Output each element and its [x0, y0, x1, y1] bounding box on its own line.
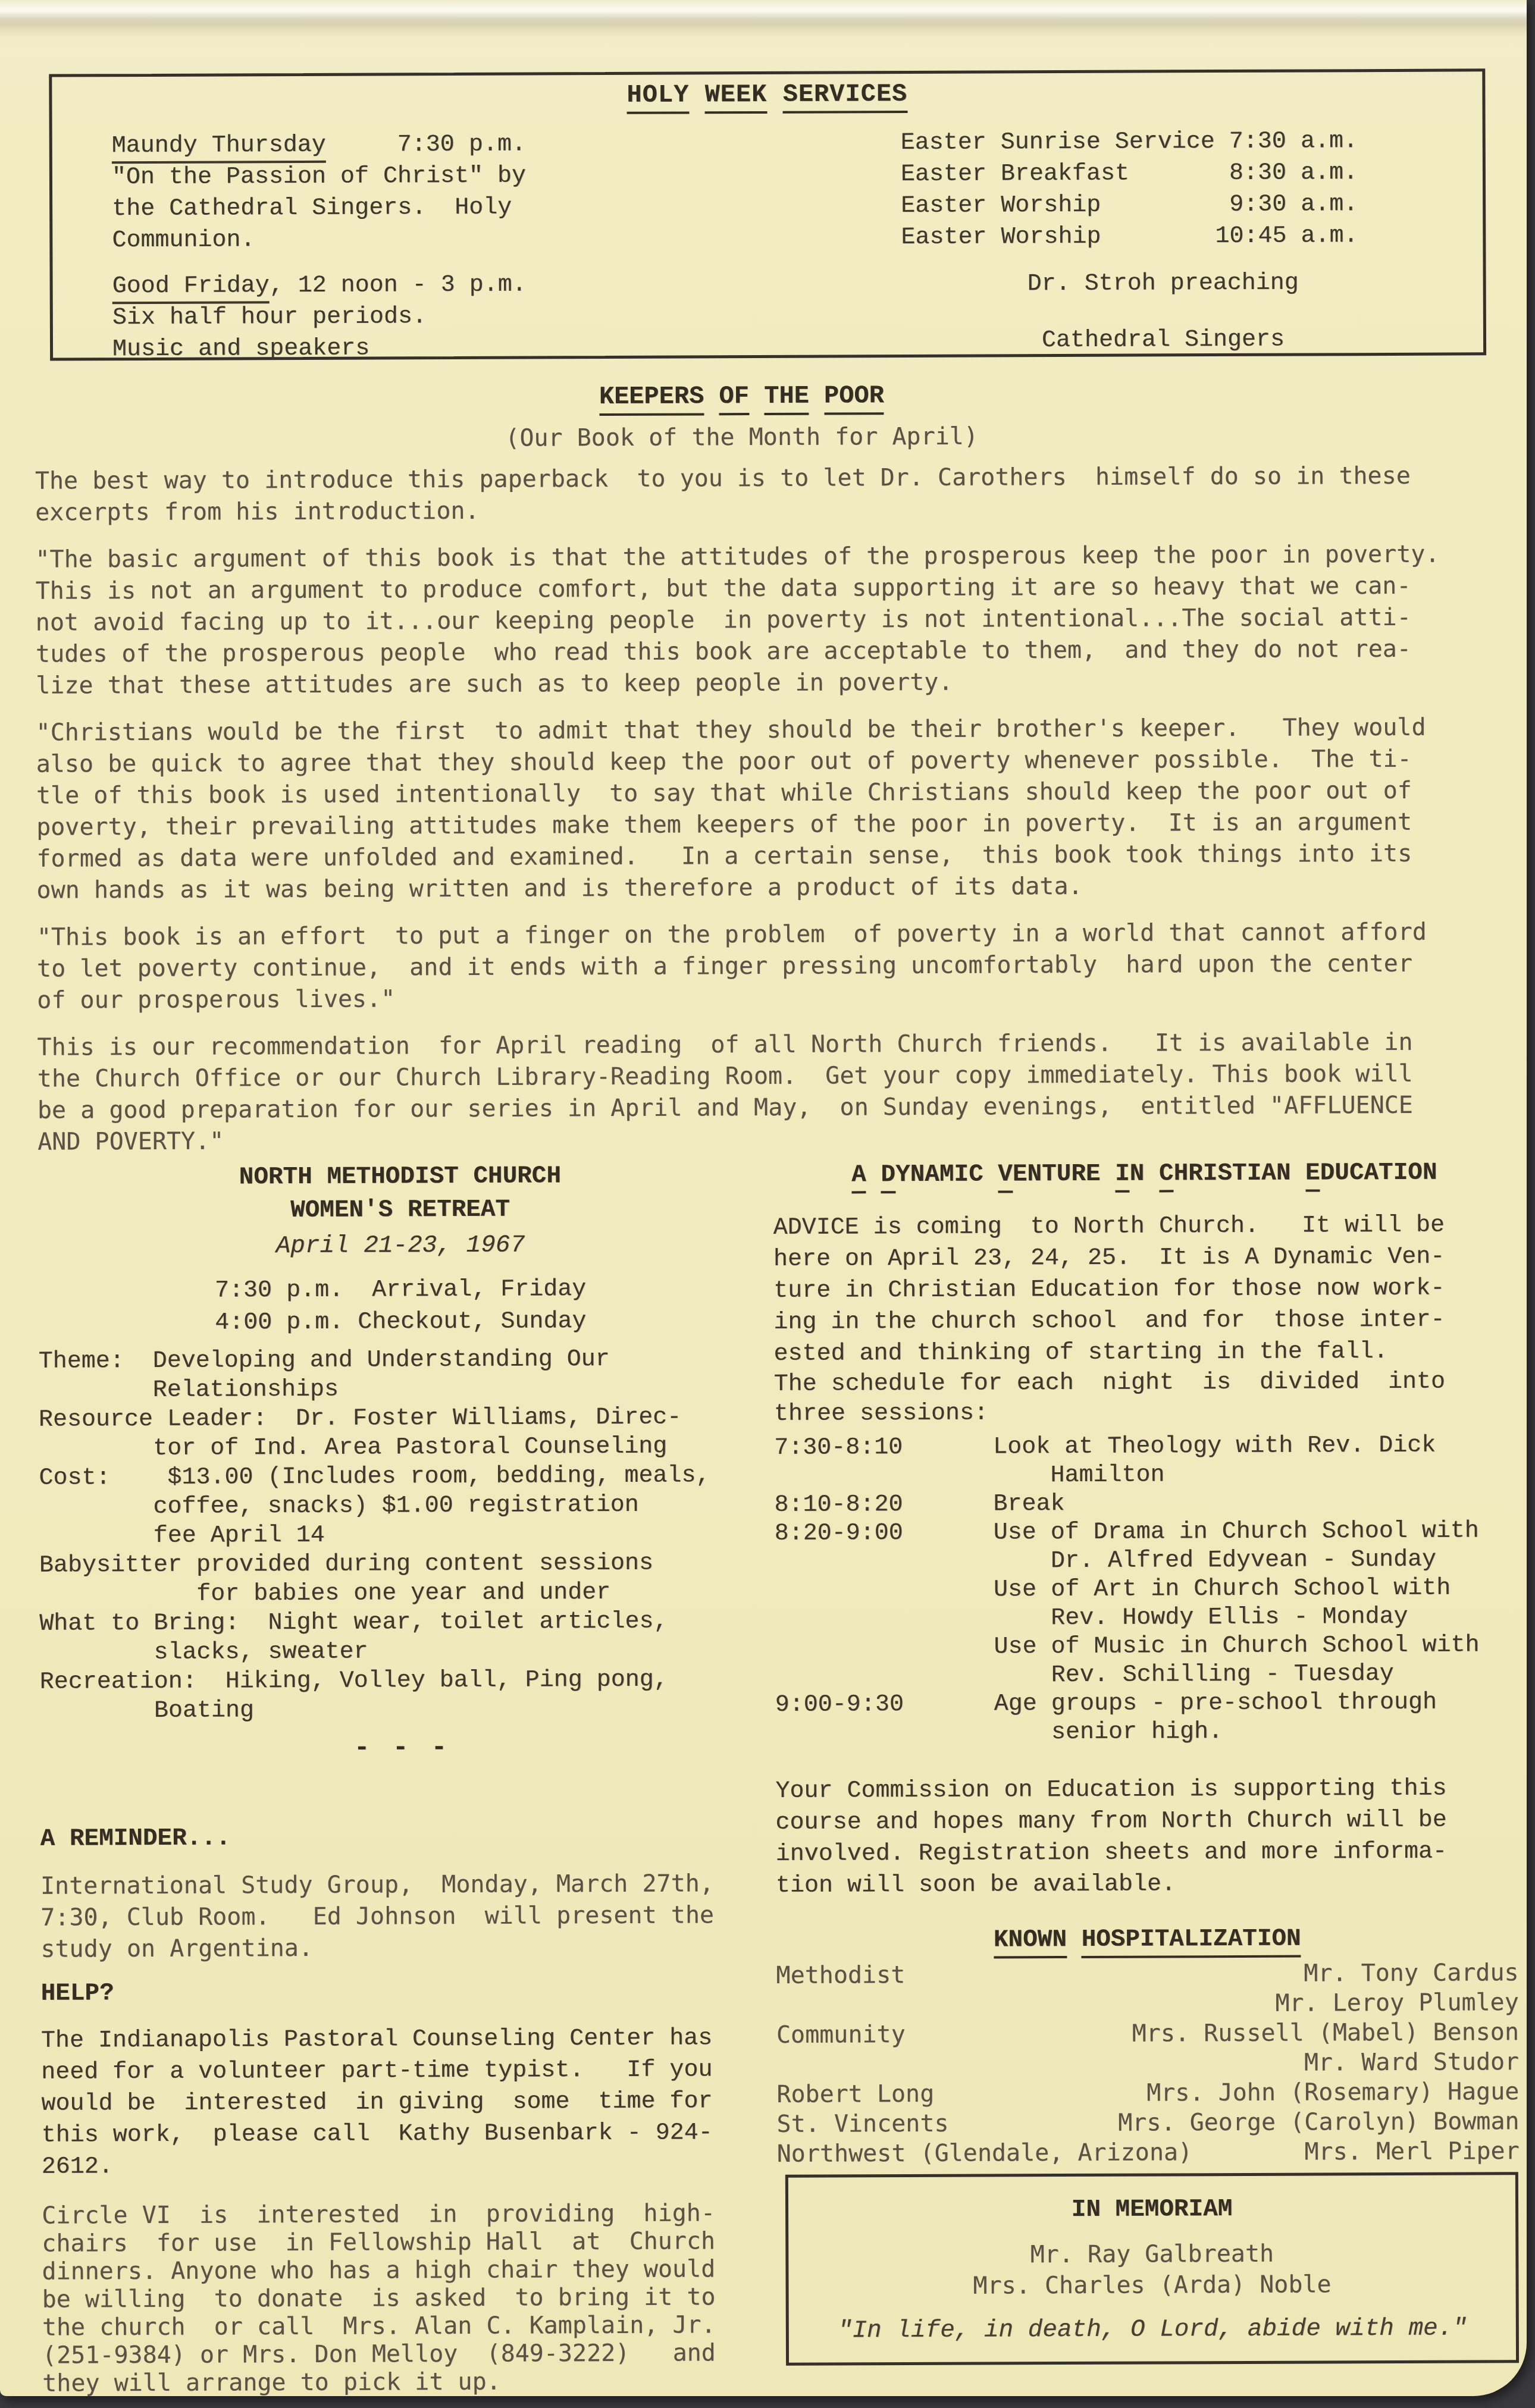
retreat-title: NORTH METHODIST CHURCH WOMEN'S RETREAT	[37, 1159, 762, 1228]
patient-name: Mrs. John (Rosemary) Hague	[1146, 2077, 1519, 2108]
holy-week-title: HOLY WEEK SERVICES	[52, 77, 1482, 111]
memoriam-quote: "In life, in death, O Lord, abide with m…	[801, 2313, 1504, 2346]
hospital-name: St. Vincents	[776, 2109, 948, 2139]
help-body: The Indianapolis Pastoral Counseling Cen…	[41, 2023, 766, 2183]
paragraph: The best way to introduce this paperback…	[35, 460, 1505, 528]
schedule-intro: The schedule for each night is divided i…	[774, 1367, 1517, 1429]
holy-week-services-box: HOLY WEEK SERVICES Maundy Thursday 7:30 …	[49, 68, 1486, 360]
memoriam-title: IN MEMORIAM	[800, 2193, 1503, 2227]
memoriam-names: Mr. Ray Galbreath Mrs. Charles (Arda) No…	[800, 2237, 1503, 2302]
venture-intro: ADVICE is coming to North Church. It wil…	[773, 1209, 1517, 1370]
schedule-desc: Break	[993, 1490, 1064, 1519]
section-separator-dashes: - - -	[40, 1732, 765, 1764]
hospital-name: Robert Long	[776, 2079, 934, 2109]
schedule-row: 8:10-8:20 Break	[774, 1488, 1517, 1520]
book-review-paragraphs: The best way to introduce this paperback…	[35, 460, 1507, 1158]
book-of-month-subtitle: (Our Book of the Month for April)	[0, 421, 1486, 454]
preacher-line: Dr. Stroh preaching	[901, 267, 1425, 300]
singers-line: Cathedral Singers	[901, 324, 1425, 357]
retreat-times-wrap: 7:30 p.m. Arrival, Friday 4:00 p.m. Chec…	[38, 1273, 763, 1340]
maundy-thursday-event: Maundy Thursday 7:30 p.m. "On the Passio…	[112, 128, 779, 256]
patient-name: Mrs. Merl Piper	[1304, 2136, 1519, 2166]
retreat-details: Theme: Developing and Understanding Our …	[39, 1344, 765, 1726]
retreat-times: 7:30 p.m. Arrival, Friday 4:00 p.m. Chec…	[215, 1274, 587, 1339]
retreat-item-what-to-bring: What to Bring: Night wear, toilet articl…	[39, 1607, 764, 1668]
schedule-desc: Age groups - pre-school through senior h…	[994, 1689, 1437, 1748]
schedule-row: 9:00-9:30 Age groups - pre-school throug…	[775, 1688, 1518, 1748]
venture-title: A DYNAMIC VENTURE IN CHRISTIAN EDUCATION	[773, 1156, 1515, 1192]
event-heading: Maundy Thursday 7:30 p.m.	[112, 128, 778, 162]
retreat-item-babysitter: Babysitter provided during content sessi…	[39, 1548, 764, 1610]
event-day: Maundy Thursday	[112, 132, 326, 164]
in-memoriam-box: IN MEMORIAM Mr. Ray Galbreath Mrs. Charl…	[785, 2172, 1519, 2366]
right-column: A DYNAMIC VENTURE IN CHRISTIAN EDUCATION…	[773, 1156, 1520, 2366]
hospitalization-row: Mr. Ward Studor	[776, 2047, 1519, 2080]
patient-name: Mrs. George (Carolyn) Bowman	[1118, 2106, 1519, 2138]
paragraph: This is our recommendation for April rea…	[37, 1026, 1507, 1158]
paragraph: "Christians would be the first to admit …	[36, 711, 1506, 906]
paragraph: "This book is an effort to put a finger …	[37, 916, 1507, 1016]
help-title: HELP?	[41, 1976, 766, 2010]
schedule-row: 8:20-9:00 Use of Drama in Church School …	[775, 1517, 1518, 1691]
typewritten-content: HOLY WEEK SERVICES Maundy Thursday 7:30 …	[0, 0, 1532, 2399]
holy-week-left-events: Maundy Thursday 7:30 p.m. "On the Passio…	[112, 128, 779, 365]
schedule-desc: Use of Drama in Church School with Dr. A…	[994, 1517, 1480, 1690]
paragraph: "The basic argument of this book is that…	[35, 538, 1505, 701]
schedule-time: 9:00-9:30	[775, 1691, 994, 1720]
holy-week-columns: Maundy Thursday 7:30 p.m. "On the Passio…	[52, 125, 1483, 365]
paper-sheet: HOLY WEEK SERVICES Maundy Thursday 7:30 …	[0, 0, 1527, 2396]
left-column: NORTH METHODIST CHURCH WOMEN'S RETREAT A…	[37, 1159, 767, 2398]
retreat-title-line2: WOMEN'S RETREAT	[38, 1192, 763, 1228]
event-time: 7:30 p.m.	[326, 131, 526, 159]
patient-name: Mr. Leroy Plumley	[1275, 1987, 1519, 2018]
hospital-name: Community	[776, 2020, 906, 2050]
retreat-item-resource-leader: Resource Leader: Dr. Foster Williams, Di…	[39, 1403, 763, 1464]
schedule-time: 7:30-8:10	[774, 1434, 993, 1463]
retreat-dates: April 21-23, 1967	[38, 1231, 763, 1261]
event-day: Good Friday	[112, 272, 270, 304]
schedule-table: 7:30-8:10 Look at Theology with Rev. Dic…	[774, 1431, 1518, 1748]
holy-week-right-schedule: Easter Sunrise Service 7:30 a.m. Easter …	[901, 126, 1426, 362]
event-details: Six half hour periods. Music and speaker…	[112, 300, 779, 365]
schedule-row: 7:30-8:10 Look at Theology with Rev. Dic…	[774, 1431, 1517, 1491]
hospitalization-row: Robert LongMrs. John (Rosemary) Hague	[776, 2077, 1519, 2109]
retreat-item-cost: Cost: $13.00 (Includes room, bedding, me…	[39, 1461, 764, 1551]
retreat-item-recreation: Recreation: Hiking, Volley ball, Ping po…	[40, 1665, 765, 1726]
circle-vi-notice: Circle VI is interested in providing hig…	[42, 2199, 767, 2398]
hospitalization-row: CommunityMrs. Russell (Mabel) Benson	[776, 2017, 1519, 2050]
hospitalization-row: Northwest (Glendale, Arizona)Mrs. Merl P…	[777, 2136, 1520, 2169]
scanned-newsletter-page: HOLY WEEK SERVICES Maundy Thursday 7:30 …	[0, 0, 1535, 2408]
easter-service-times: Easter Sunrise Service 7:30 a.m. Easter …	[901, 126, 1425, 253]
hospitalization-title: KNOWN HOSPITALIZATION	[776, 1923, 1518, 1957]
reminder-title: A REMINDER...	[40, 1821, 765, 1855]
event-heading: Good Friday, 12 noon - 3 p.m.	[112, 268, 779, 302]
hospital-name: Northwest (Glendale, Arizona)	[777, 2137, 1193, 2169]
event-details: "On the Passion of Christ" by the Cathed…	[112, 159, 779, 256]
hospitalization-row: St. VincentsMrs. George (Carolyn) Bowman	[776, 2106, 1519, 2139]
hospitalization-row: Mr. Leroy Plumley	[776, 1987, 1519, 2020]
venture-outro: Your Commission on Education is supporti…	[775, 1773, 1518, 1902]
event-time: , 12 noon - 3 p.m.	[270, 272, 527, 300]
patient-name: Mrs. Russell (Mabel) Benson	[1132, 2017, 1519, 2048]
hospitalization-list: MethodistMr. Tony Cardus Mr. Leroy Pluml…	[776, 1958, 1519, 2169]
schedule-time: 8:20-9:00	[775, 1519, 994, 1548]
schedule-time: 8:10-8:20	[774, 1491, 993, 1520]
patient-name: Mr. Ward Studor	[1304, 2047, 1519, 2077]
hospitalization-row: MethodistMr. Tony Cardus	[776, 1958, 1518, 1990]
reminder-body: International Study Group, Monday, March…	[40, 1868, 766, 1965]
keepers-of-the-poor-title: KEEPERS OF THE POOR	[0, 379, 1485, 413]
hospital-name: Methodist	[776, 1960, 905, 1990]
retreat-item-theme: Theme: Developing and Understanding Our …	[39, 1344, 763, 1406]
good-friday-event: Good Friday, 12 noon - 3 p.m. Six half h…	[112, 268, 779, 365]
patient-name: Mr. Tony Cardus	[1304, 1958, 1518, 1988]
retreat-title-line1: NORTH METHODIST CHURCH	[37, 1159, 762, 1195]
schedule-desc: Look at Theology with Rev. Dick Hamilton	[993, 1432, 1436, 1491]
